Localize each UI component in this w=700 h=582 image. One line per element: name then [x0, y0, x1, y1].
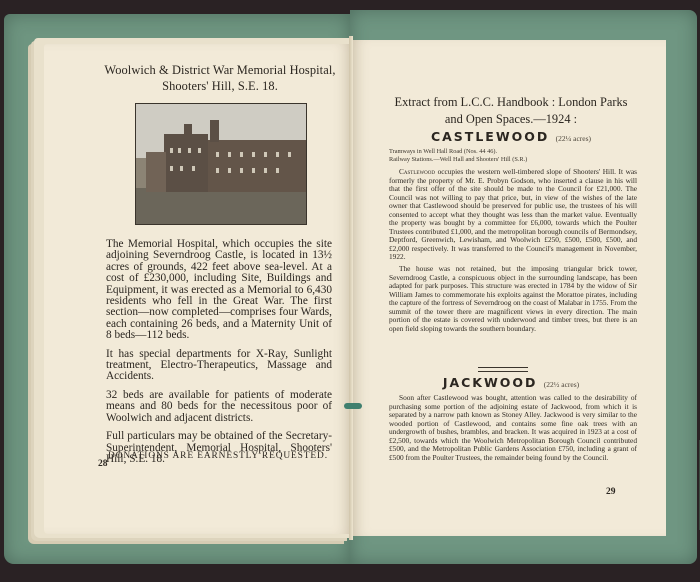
right-page-title: Extract from L.C.C. Handbook : London Pa…: [380, 94, 642, 128]
hospital-photo: [135, 103, 307, 225]
donations-notice: DONATIONS ARE EARNESTLY REQUESTED.: [108, 451, 328, 461]
castlewood-paragraph-1: Castlewood occupies the western well-tim…: [389, 168, 637, 262]
tramways-line: Tramways in Well Hall Road (Nos. 44 46).: [389, 148, 639, 156]
left-page-title: Woolwich & District War Memorial Hospita…: [90, 62, 350, 94]
castlewood-body: Castlewood occupies the western well-tim…: [389, 168, 637, 336]
jackwood-paragraph-1: Soon after Castlewood was bought, attent…: [389, 394, 637, 462]
section-divider: [478, 367, 528, 372]
right-title-line1: Extract from L.C.C. Handbook : London Pa…: [380, 94, 642, 111]
page-number-right: 29: [606, 487, 616, 497]
castlewood-transit: Tramways in Well Hall Road (Nos. 44 46).…: [389, 148, 639, 165]
left-title-line2: Shooters' Hill, S.E. 18.: [90, 78, 350, 94]
castlewood-acres: (22¼ acres): [556, 134, 591, 143]
binding-thread: [344, 403, 362, 409]
cover-edge: [683, 440, 700, 530]
railway-line: Railway Stations.—Well Hall and Shooters…: [389, 156, 639, 164]
hospital-paragraph-1: The Memorial Hospital, which occupies th…: [106, 239, 332, 342]
hospital-paragraph-3: 32 beds are available for patients of mo…: [106, 390, 332, 424]
right-title-line2: and Open Spaces.—1924 :: [380, 111, 642, 128]
hospital-paragraph-2: It has special departments for X-Ray, Su…: [106, 349, 332, 383]
jackwood-title: JACKWOOD: [443, 375, 538, 390]
castlewood-heading: CASTLEWOOD (22¼ acres): [380, 129, 642, 144]
page-number-left: 28: [98, 459, 108, 469]
book-gutter: [349, 36, 353, 540]
jackwood-heading: JACKWOOD (22½ acres): [380, 375, 642, 390]
castlewood-paragraph-2: The house was not retained, but the impo…: [389, 265, 637, 333]
left-title-line1: Woolwich & District War Memorial Hospita…: [90, 62, 350, 78]
left-page-body: The Memorial Hospital, which occupies th…: [106, 239, 332, 472]
jackwood-acres: (22½ acres): [544, 380, 579, 389]
castlewood-paragraph-1-text: occupies the western well-timbered slope…: [389, 167, 637, 261]
castlewood-title: CASTLEWOOD: [431, 129, 549, 144]
